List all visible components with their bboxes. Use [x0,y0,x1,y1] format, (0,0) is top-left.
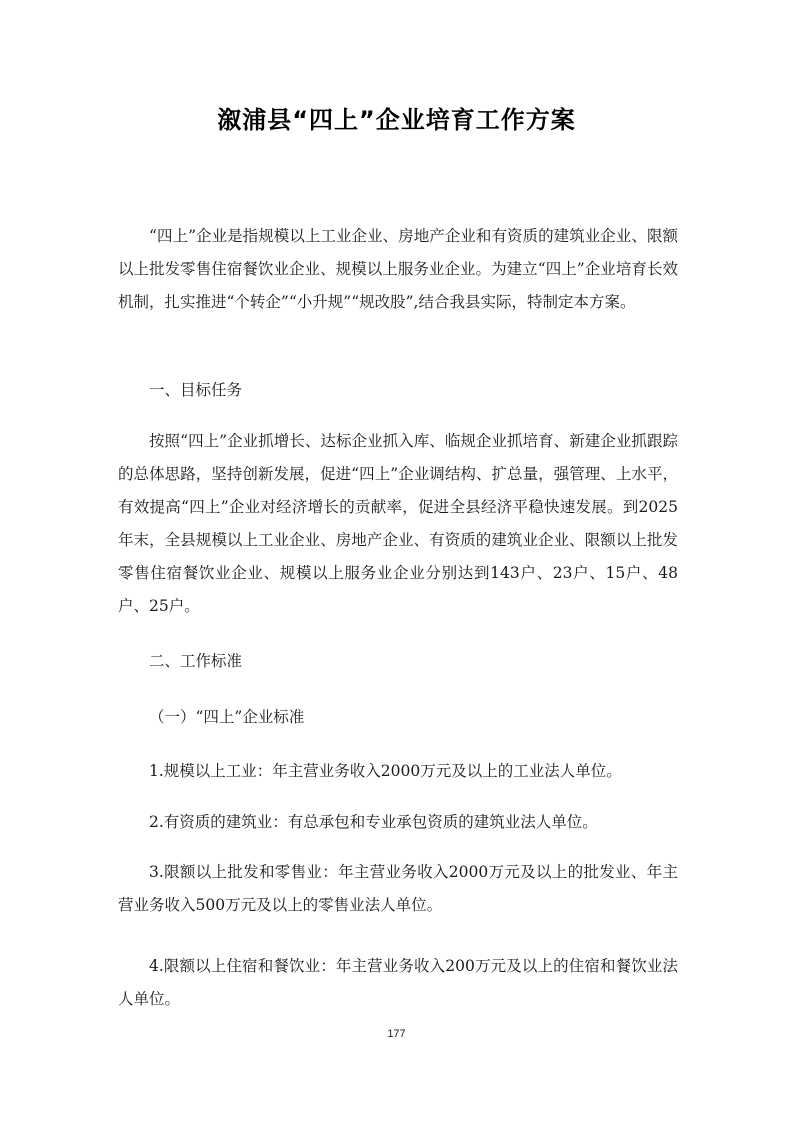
goals-paragraph: 按照“四上”企业抓增长、达标企业抓入库、临规企业抓培育、新建企业抓跟踪的总体思路… [118,425,678,623]
section-heading-standards: 二、工作标准 [149,651,242,671]
intro-paragraph: “四上”企业是指规模以上工业企业、房地产企业和有资质的建筑业企业、限额以上批发零… [118,220,678,319]
page-number: 177 [0,1028,793,1040]
section-heading-goals: 一、目标任务 [149,380,242,400]
standard-item-4: 4.限额以上住宿和餐饮业：年主营业务收入200万元及以上的住宿和餐饮业法人单位。 [118,950,678,1016]
document-page: 溆浦县“四上”企业培育工作方案 “四上”企业是指规模以上工业企业、房地产企业和有… [0,0,793,1122]
standard-item-2: 2.有资质的建筑业：有总承包和专业承包资质的建筑业法人单位。 [149,812,598,832]
subsection-heading-four-above: （一）“四上”企业标准 [149,707,304,727]
document-title: 溆浦县“四上”企业培育工作方案 [0,100,793,135]
standard-item-1: 1.规模以上工业：年主营业务收入2000万元及以上的工业法人单位。 [149,761,622,781]
standard-item-3: 3.限额以上批发和零售业：年主营业务收入2000万元及以上的批发业、年主营业务收… [118,856,678,922]
